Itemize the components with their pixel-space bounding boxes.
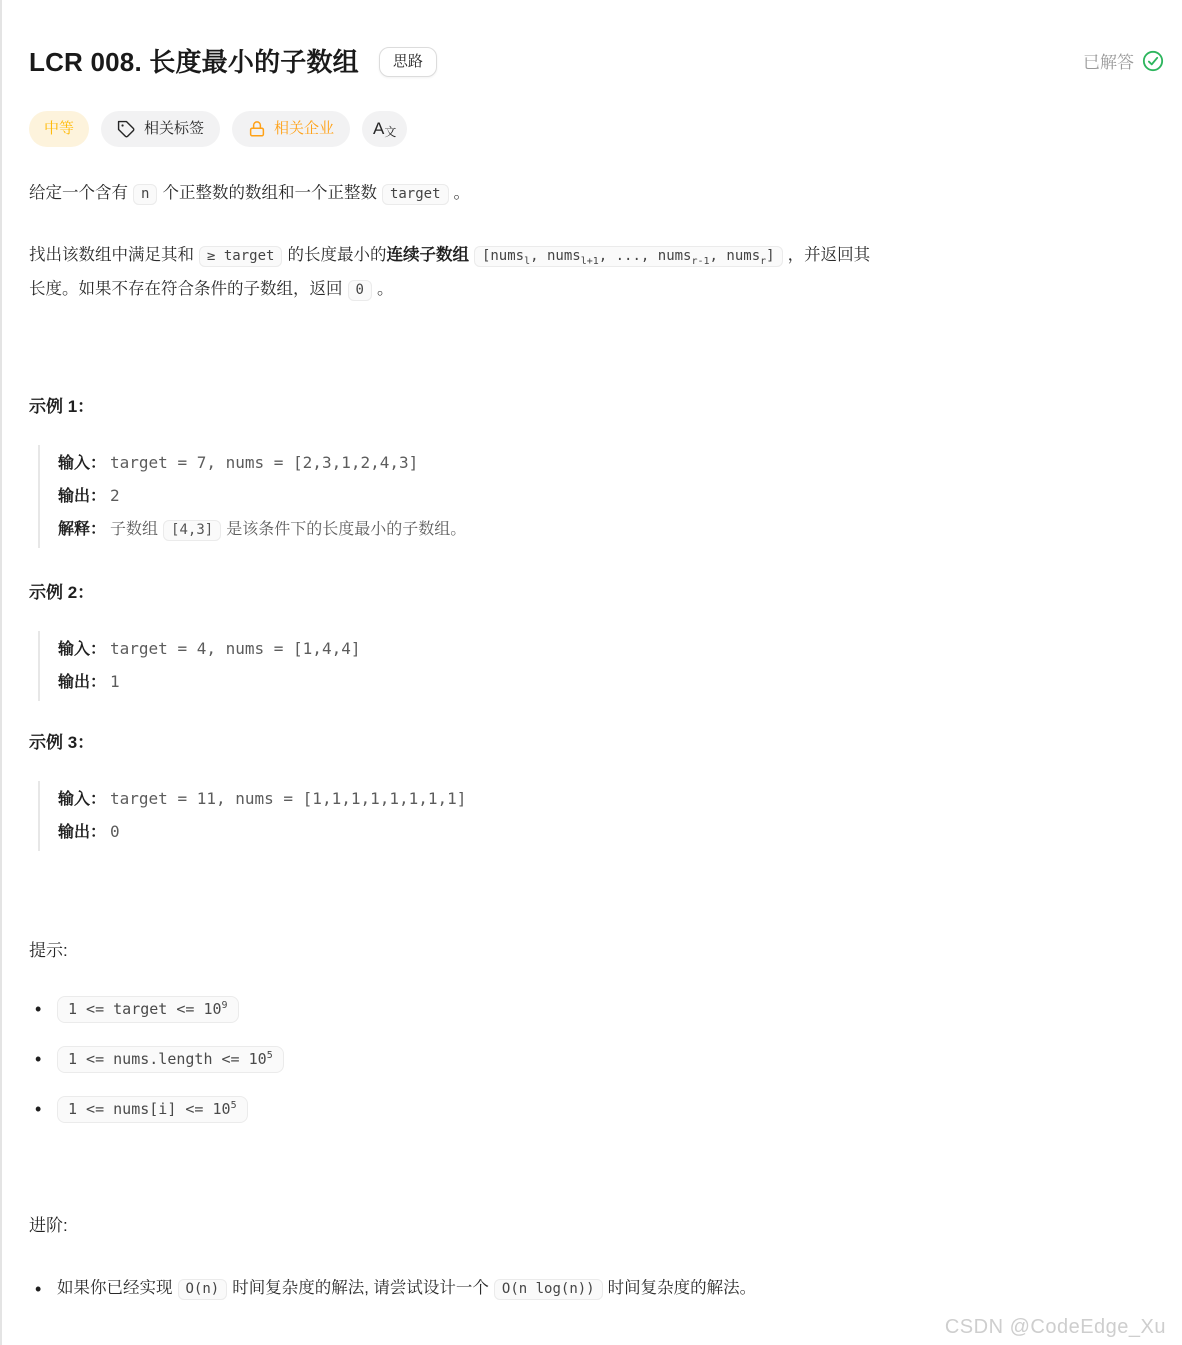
inline-code-o-nlogn: O(n log(n)) (494, 1279, 603, 1300)
related-tags-label: 相关标签 (144, 111, 204, 147)
related-companies-label: 相关企业 (274, 111, 334, 147)
solved-status: 已解答 (1083, 48, 1164, 73)
example-3-block: 输入：target = 11, nums = [1,1,1,1,1,1,1,1]… (38, 781, 1152, 851)
related-companies-button[interactable]: 相关企业 (232, 111, 350, 147)
output-value: 1 (110, 672, 120, 691)
output-label: 输出： (58, 824, 106, 841)
solved-label: 已解答 (1083, 48, 1134, 73)
bullet-icon: • (35, 999, 57, 1020)
example-1-output-row: 输出：2 (58, 480, 1152, 513)
followup-item: • 如果你已经实现O(n)时间复杂度的解法, 请尝试设计一个O(n log(n)… (35, 1274, 1152, 1303)
translate-button[interactable]: A文 (362, 111, 407, 147)
example-1-heading: 示例 1： (29, 395, 1152, 419)
lock-icon (248, 120, 266, 138)
inline-code-n: n (133, 184, 157, 205)
input-value: target = 7, nums = [2,3,1,2,4,3] (110, 453, 418, 472)
followup-text: 如果你已经实现O(n)时间复杂度的解法, 请尝试设计一个O(n log(n))时… (57, 1274, 756, 1303)
description-paragraph-2: 找出该数组中满足其和≥ target的长度最小的连续子数组[numsl, num… (29, 239, 1152, 307)
constraint-nums-length: 1 <= nums.length <= 105 (57, 1046, 284, 1073)
inline-code-zero: 0 (348, 280, 372, 301)
example-2-input-row: 输入：target = 4, nums = [1,4,4] (58, 633, 1152, 666)
output-label: 输出： (58, 674, 106, 691)
tag-row: 中等 相关标签 相关企业 A文 (29, 111, 1152, 147)
inline-code-o-n: O(n) (178, 1279, 228, 1300)
inline-code-ge-target: ≥ target (199, 246, 282, 267)
hints-list: • 1 <= target <= 109 • 1 <= nums.length … (29, 996, 1152, 1123)
difficulty-badge: 中等 (29, 111, 89, 147)
followup-heading: 进阶: (29, 1214, 1152, 1238)
hint-item: • 1 <= target <= 109 (35, 996, 1152, 1023)
example-1-explain-row: 解释：子数组[4,3]是该条件下的长度最小的子数组。 (58, 513, 1152, 546)
idea-note-badge[interactable]: 思路 (379, 47, 437, 77)
input-label: 输入： (58, 791, 106, 808)
title-row: LCR 008. 长度最小的子数组 思路 已解答 (29, 44, 1152, 80)
example-1-input-row: 输入：target = 7, nums = [2,3,1,2,4,3] (58, 447, 1152, 480)
example-3-heading: 示例 3： (29, 731, 1152, 755)
output-label: 输出： (58, 488, 106, 505)
problem-description-panel: { "header": { "title": "LCR 008. 长度最小的子数… (0, 0, 1182, 1345)
inline-code-4-3: [4,3] (163, 520, 221, 541)
check-circle-icon (1142, 50, 1164, 72)
input-value: target = 11, nums = [1,1,1,1,1,1,1,1] (110, 789, 466, 808)
hints-heading: 提示: (29, 939, 1152, 963)
watermark: CSDN @CodeEdge_Xu (945, 1316, 1166, 1339)
translate-icon: A (373, 111, 384, 147)
input-value: target = 4, nums = [1,4,4] (110, 639, 360, 658)
example-2-output-row: 输出：1 (58, 666, 1152, 699)
bullet-icon: • (35, 1099, 57, 1120)
example-3-output-row: 输出：0 (58, 816, 1152, 849)
related-tags-button[interactable]: 相关标签 (101, 111, 220, 147)
keyword-contiguous-subarray: 连续子数组 (386, 246, 469, 264)
tag-icon (117, 120, 136, 139)
explain-label: 解释： (58, 521, 106, 538)
description-paragraph-1: 给定一个含有n个正整数的数组和一个正整数target。 (29, 180, 1152, 207)
inline-code-subarray: [numsl, numsl+1, ..., numsr-1, numsr] (474, 246, 783, 267)
hint-item: • 1 <= nums.length <= 105 (35, 1046, 1152, 1073)
output-value: 2 (110, 486, 120, 505)
content-area: LCR 008. 长度最小的子数组 思路 已解答 中等 相关标签 相关企业 (2, 44, 1182, 1303)
output-value: 0 (110, 822, 120, 841)
inline-code-target: target (382, 184, 449, 205)
example-2-heading: 示例 2： (29, 581, 1152, 605)
example-2-block: 输入：target = 4, nums = [1,4,4] 输出：1 (38, 631, 1152, 701)
example-3-input-row: 输入：target = 11, nums = [1,1,1,1,1,1,1,1] (58, 783, 1152, 816)
constraint-target: 1 <= target <= 109 (57, 996, 239, 1023)
example-1-block: 输入：target = 7, nums = [2,3,1,2,4,3] 输出：2… (38, 445, 1152, 548)
constraint-nums-i: 1 <= nums[i] <= 105 (57, 1096, 248, 1123)
input-label: 输入： (58, 641, 106, 658)
page-title: LCR 008. 长度最小的子数组 (29, 44, 359, 80)
hint-item: • 1 <= nums[i] <= 105 (35, 1096, 1152, 1123)
bullet-icon: • (35, 1275, 57, 1303)
input-label: 输入： (58, 455, 106, 472)
bullet-icon: • (35, 1049, 57, 1070)
